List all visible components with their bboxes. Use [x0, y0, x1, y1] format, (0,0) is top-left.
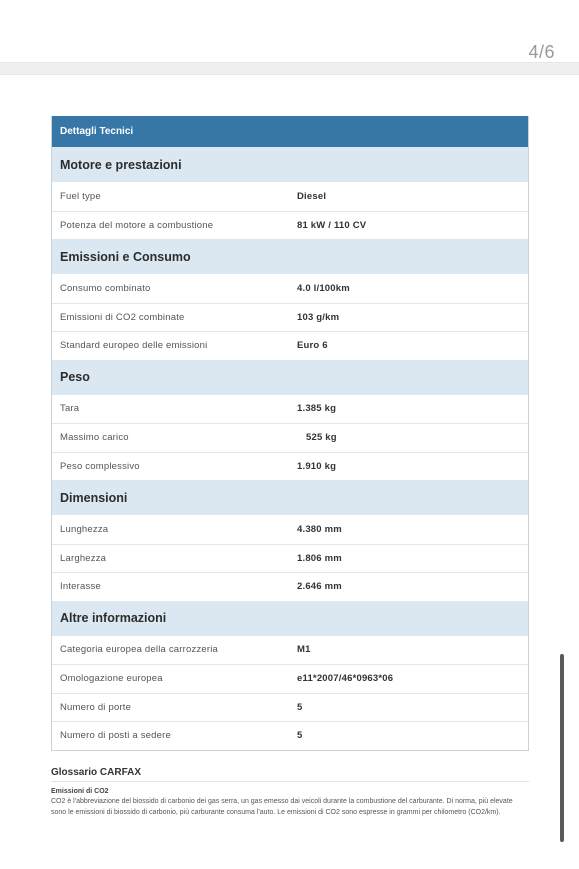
section-header-dimensions: Dimensioni [52, 480, 528, 515]
table-row: Standard europeo delle emissioni Euro 6 [52, 331, 528, 360]
table-row: Peso complessivo 1.910 kg [52, 452, 528, 481]
section-header-other-info: Altre informazioni [52, 601, 528, 636]
page-separator [0, 62, 579, 75]
row-value: 81 kW / 110 CV [297, 220, 366, 231]
row-label: Emissioni di CO2 combinate [52, 312, 297, 323]
row-value: 5 [297, 702, 302, 713]
table-row: Potenza del motore a combustione 81 kW /… [52, 211, 528, 240]
section-header-weight: Peso [52, 360, 528, 395]
table-row: Emissioni di CO2 combinate 103 g/km [52, 303, 528, 332]
row-value: 1.385 kg [297, 403, 336, 414]
row-value: M1 [297, 644, 311, 655]
scrollbar-thumb[interactable] [560, 654, 564, 842]
page-counter: 4/6 [528, 42, 555, 63]
technical-details-table: Dettagli Tecnici Motore e prestazioni Fu… [51, 116, 529, 751]
table-row: Omologazione europea e11*2007/46*0963*06 [52, 664, 528, 693]
table-row: Lunghezza 4.380 mm [52, 515, 528, 544]
row-value: 4.380 mm [297, 524, 342, 535]
row-label: Categoria europea della carrozzeria [52, 644, 297, 655]
row-value: 103 g/km [297, 312, 339, 323]
row-label: Numero di posti a sedere [52, 730, 297, 741]
row-label: Standard europeo delle emissioni [52, 340, 297, 351]
row-value: 1.910 kg [297, 461, 336, 472]
table-row: Consumo combinato 4.0 l/100km [52, 274, 528, 303]
section-header-emissions: Emissioni e Consumo [52, 239, 528, 274]
row-label: Lunghezza [52, 524, 297, 535]
row-label: Peso complessivo [52, 461, 297, 472]
row-label: Interasse [52, 581, 297, 592]
glossary: Glossario CARFAX Emissioni di CO2 CO2 è … [51, 767, 529, 818]
table-row: Numero di porte 5 [52, 693, 528, 722]
row-label: Larghezza [52, 553, 297, 564]
table-row: Larghezza 1.806 mm [52, 544, 528, 573]
table-row: Massimo carico 525 kg [52, 423, 528, 452]
table-row: Tara 1.385 kg [52, 395, 528, 424]
row-value: 2.646 mm [297, 581, 342, 592]
row-value: 525 kg [297, 432, 337, 443]
row-label: Tara [52, 403, 297, 414]
glossary-definition: CO2 è l'abbreviazione del biossido di ca… [51, 796, 529, 818]
row-value: 1.806 mm [297, 553, 342, 564]
glossary-term: Emissioni di CO2 [51, 788, 529, 795]
row-label: Omologazione europea [52, 673, 297, 684]
row-label: Potenza del motore a combustione [52, 220, 297, 231]
row-value: 4.0 l/100km [297, 283, 350, 294]
table-row: Numero di posti a sedere 5 [52, 721, 528, 750]
row-label: Fuel type [52, 191, 297, 202]
table-row: Fuel type Diesel [52, 182, 528, 211]
table-row: Interasse 2.646 mm [52, 572, 528, 601]
row-value: Euro 6 [297, 340, 328, 351]
section-header-engine: Motore e prestazioni [52, 147, 528, 182]
row-value: 5 [297, 730, 302, 741]
row-label: Consumo combinato [52, 283, 297, 294]
row-value: Diesel [297, 191, 326, 202]
glossary-title: Glossario CARFAX [51, 767, 529, 782]
row-label: Numero di porte [52, 702, 297, 713]
row-label: Massimo carico [52, 432, 297, 443]
row-value: e11*2007/46*0963*06 [297, 673, 393, 684]
table-row: Categoria europea della carrozzeria M1 [52, 636, 528, 665]
table-title: Dettagli Tecnici [52, 116, 528, 147]
